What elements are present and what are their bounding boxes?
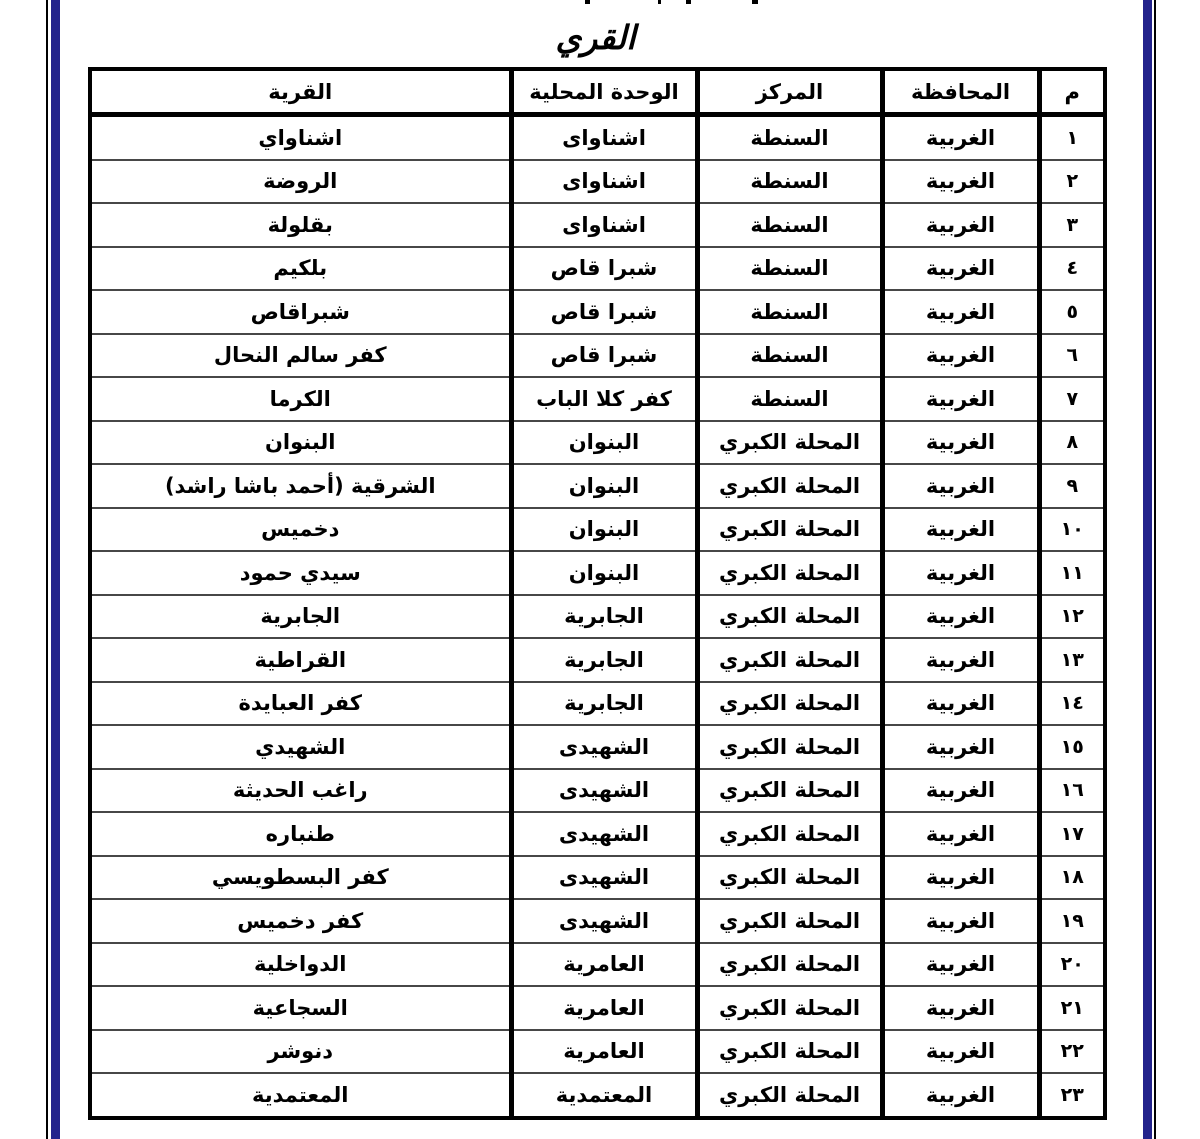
cell-village: كفر البسطويسي xyxy=(90,856,511,900)
cell-village: طنباره xyxy=(90,812,511,856)
cell-village: كفر دخميس xyxy=(90,899,511,943)
table-header-row: م المحافظة المركز الوحدة المحلية القرية xyxy=(90,69,1105,115)
cell-local-unit: كفر كلا الباب xyxy=(511,377,697,421)
cell-governorate: الغربية xyxy=(882,943,1039,987)
cell-governorate: الغربية xyxy=(882,551,1039,595)
cell-markaz: المحلة الكبري xyxy=(697,943,882,987)
cell-number: ١٠ xyxy=(1039,508,1105,552)
cell-number: ٩ xyxy=(1039,464,1105,508)
cell-village: الجابرية xyxy=(90,595,511,639)
cell-village: الشرقية (أحمد باشا راشد) xyxy=(90,464,511,508)
cell-local-unit: البنوان xyxy=(511,464,697,508)
cell-markaz: السنطة xyxy=(697,115,882,160)
cell-governorate: الغربية xyxy=(882,334,1039,378)
cell-number: ١٦ xyxy=(1039,769,1105,813)
table-row: ١٥ الغربية المحلة الكبري الشهيدى الشهيدي xyxy=(90,725,1105,769)
header-village: القرية xyxy=(90,69,511,115)
table-row: ١٠ الغربية المحلة الكبري البنوان دخميس xyxy=(90,508,1105,552)
cell-number: ٣ xyxy=(1039,203,1105,247)
cell-markaz: المحلة الكبري xyxy=(697,986,882,1030)
table-row: ١٩ الغربية المحلة الكبري الشهيدى كفر دخم… xyxy=(90,899,1105,943)
cell-number: ١٥ xyxy=(1039,725,1105,769)
cell-local-unit: شبرا قاص xyxy=(511,334,697,378)
cell-markaz: المحلة الكبري xyxy=(697,1030,882,1074)
cell-village: كفر سالم النحال xyxy=(90,334,511,378)
cell-markaz: المحلة الكبري xyxy=(697,508,882,552)
table-row: ٣ الغربية السنطة اشناواى بقلولة xyxy=(90,203,1105,247)
cell-markaz: المحلة الكبري xyxy=(697,769,882,813)
cell-local-unit: العامرية xyxy=(511,986,697,1030)
cell-number: ٢٢ xyxy=(1039,1030,1105,1074)
header-governorate: المحافظة xyxy=(882,69,1039,115)
table-row: ٢٣ الغربية المحلة الكبري المعتمدية المعت… xyxy=(90,1073,1105,1118)
cell-markaz: المحلة الكبري xyxy=(697,595,882,639)
cell-markaz: المحلة الكبري xyxy=(697,638,882,682)
cell-markaz: المحلة الكبري xyxy=(697,1073,882,1118)
table-row: ٩ الغربية المحلة الكبري البنوان الشرقية … xyxy=(90,464,1105,508)
page-border-right-band xyxy=(1143,0,1152,1139)
cell-governorate: الغربية xyxy=(882,986,1039,1030)
table-row: ٥ الغربية السنطة شبرا قاص شبراقاص xyxy=(90,290,1105,334)
cell-village: السجاعية xyxy=(90,986,511,1030)
cell-village: الشهيدي xyxy=(90,725,511,769)
cell-markaz: المحلة الكبري xyxy=(697,551,882,595)
cell-number: ١٢ xyxy=(1039,595,1105,639)
villages-table: م المحافظة المركز الوحدة المحلية القرية … xyxy=(88,67,1107,1120)
cell-governorate: الغربية xyxy=(882,638,1039,682)
table-row: ٢ الغربية السنطة اشناواى الروضة xyxy=(90,160,1105,204)
cell-village: القراطية xyxy=(90,638,511,682)
clipped-text-remnant xyxy=(585,0,590,4)
table-row: ١ الغربية السنطة اشناواى اشناواي xyxy=(90,115,1105,160)
table-row: ١٦ الغربية المحلة الكبري الشهيدى راغب ال… xyxy=(90,769,1105,813)
page-border-left-line xyxy=(46,0,48,1139)
header-local-unit: الوحدة المحلية xyxy=(511,69,697,115)
cell-governorate: الغربية xyxy=(882,160,1039,204)
cell-number: ١٩ xyxy=(1039,899,1105,943)
cell-number: ١٣ xyxy=(1039,638,1105,682)
cell-governorate: الغربية xyxy=(882,595,1039,639)
cell-markaz: السنطة xyxy=(697,334,882,378)
cell-local-unit: الشهيدى xyxy=(511,856,697,900)
cell-governorate: الغربية xyxy=(882,508,1039,552)
table-row: ١١ الغربية المحلة الكبري البنوان سيدي حم… xyxy=(90,551,1105,595)
table-row: ١٧ الغربية المحلة الكبري الشهيدى طنباره xyxy=(90,812,1105,856)
table-row: ١٢ الغربية المحلة الكبري الجابرية الجابر… xyxy=(90,595,1105,639)
cell-local-unit: الشهيدى xyxy=(511,812,697,856)
cell-markaz: المحلة الكبري xyxy=(697,812,882,856)
cell-number: ١ xyxy=(1039,115,1105,160)
cell-number: ٧ xyxy=(1039,377,1105,421)
clipped-text-remnant xyxy=(752,0,758,4)
table-row: ٢٢ الغربية المحلة الكبري العامرية دنوشر xyxy=(90,1030,1105,1074)
cell-markaz: المحلة الكبري xyxy=(697,856,882,900)
table-row: ٢٠ الغربية المحلة الكبري العامرية الدواخ… xyxy=(90,943,1105,987)
cell-local-unit: شبرا قاص xyxy=(511,290,697,334)
cell-village: الكرما xyxy=(90,377,511,421)
cell-local-unit: العامرية xyxy=(511,1030,697,1074)
cell-governorate: الغربية xyxy=(882,290,1039,334)
page-title: القري xyxy=(88,18,1103,57)
cell-governorate: الغربية xyxy=(882,1073,1039,1118)
cell-local-unit: المعتمدية xyxy=(511,1073,697,1118)
cell-number: ١١ xyxy=(1039,551,1105,595)
cell-local-unit: البنوان xyxy=(511,508,697,552)
cell-governorate: الغربية xyxy=(882,769,1039,813)
cell-markaz: المحلة الكبري xyxy=(697,682,882,726)
cell-governorate: الغربية xyxy=(882,377,1039,421)
cell-markaz: السنطة xyxy=(697,290,882,334)
cell-governorate: الغربية xyxy=(882,115,1039,160)
cell-local-unit: اشناواى xyxy=(511,160,697,204)
cell-governorate: الغربية xyxy=(882,464,1039,508)
table-row: ٧ الغربية السنطة كفر كلا الباب الكرما xyxy=(90,377,1105,421)
cell-number: ٦ xyxy=(1039,334,1105,378)
table-row: ٤ الغربية السنطة شبرا قاص بلكيم xyxy=(90,247,1105,291)
cell-number: ٢٠ xyxy=(1039,943,1105,987)
cell-local-unit: اشناواى xyxy=(511,203,697,247)
table-row: ١٣ الغربية المحلة الكبري الجابرية القراط… xyxy=(90,638,1105,682)
cell-village: شبراقاص xyxy=(90,290,511,334)
cell-village: سيدي حمود xyxy=(90,551,511,595)
header-number: م xyxy=(1039,69,1105,115)
cell-village: بلكيم xyxy=(90,247,511,291)
cell-local-unit: الشهيدى xyxy=(511,769,697,813)
cell-local-unit: الجابرية xyxy=(511,638,697,682)
cell-village: المعتمدية xyxy=(90,1073,511,1118)
cell-village: كفر العبايدة xyxy=(90,682,511,726)
cell-number: ٢١ xyxy=(1039,986,1105,1030)
cell-number: ٢ xyxy=(1039,160,1105,204)
cell-local-unit: شبرا قاص xyxy=(511,247,697,291)
cell-markaz: السنطة xyxy=(697,377,882,421)
cell-governorate: الغربية xyxy=(882,1030,1039,1074)
cell-village: دخميس xyxy=(90,508,511,552)
cell-governorate: الغربية xyxy=(882,725,1039,769)
cell-local-unit: اشناواى xyxy=(511,115,697,160)
table-row: ١٨ الغربية المحلة الكبري الشهيدى كفر الب… xyxy=(90,856,1105,900)
cell-markaz: السنطة xyxy=(697,160,882,204)
table-body: ١ الغربية السنطة اشناواى اشناواي ٢ الغرب… xyxy=(90,115,1105,1118)
document-page: القري م المحافظة المركز الوحدة المحلية ا… xyxy=(0,0,1200,1139)
cell-village: اشناواي xyxy=(90,115,511,160)
cell-number: ١٤ xyxy=(1039,682,1105,726)
cell-local-unit: البنوان xyxy=(511,551,697,595)
page-border-left-band xyxy=(51,0,60,1139)
cell-village: الروضة xyxy=(90,160,511,204)
cell-village: راغب الحديثة xyxy=(90,769,511,813)
cell-village: دنوشر xyxy=(90,1030,511,1074)
cell-governorate: الغربية xyxy=(882,421,1039,465)
cell-village: البنوان xyxy=(90,421,511,465)
cell-markaz: السنطة xyxy=(697,203,882,247)
cell-local-unit: الشهيدى xyxy=(511,899,697,943)
cell-governorate: الغربية xyxy=(882,203,1039,247)
header-markaz: المركز xyxy=(697,69,882,115)
table-row: ٢١ الغربية المحلة الكبري العامرية السجاع… xyxy=(90,986,1105,1030)
cell-local-unit: الجابرية xyxy=(511,595,697,639)
cell-markaz: المحلة الكبري xyxy=(697,421,882,465)
cell-markaz: المحلة الكبري xyxy=(697,899,882,943)
cell-governorate: الغربية xyxy=(882,812,1039,856)
table-row: ٨ الغربية المحلة الكبري البنوان البنوان xyxy=(90,421,1105,465)
cell-local-unit: الجابرية xyxy=(511,682,697,726)
cell-governorate: الغربية xyxy=(882,682,1039,726)
cell-number: ٥ xyxy=(1039,290,1105,334)
cell-markaz: السنطة xyxy=(697,247,882,291)
cell-governorate: الغربية xyxy=(882,247,1039,291)
page-border-right-line xyxy=(1154,0,1156,1139)
cell-village: الدواخلية xyxy=(90,943,511,987)
table-row: ٦ الغربية السنطة شبرا قاص كفر سالم النحا… xyxy=(90,334,1105,378)
cell-number: ٨ xyxy=(1039,421,1105,465)
clipped-text-remnant xyxy=(686,0,691,4)
cell-markaz: المحلة الكبري xyxy=(697,725,882,769)
cell-number: ٤ xyxy=(1039,247,1105,291)
cell-governorate: الغربية xyxy=(882,899,1039,943)
cell-local-unit: الشهيدى xyxy=(511,725,697,769)
cell-governorate: الغربية xyxy=(882,856,1039,900)
cell-local-unit: العامرية xyxy=(511,943,697,987)
cell-village: بقلولة xyxy=(90,203,511,247)
cell-markaz: المحلة الكبري xyxy=(697,464,882,508)
cell-number: ٢٣ xyxy=(1039,1073,1105,1118)
table-row: ١٤ الغربية المحلة الكبري الجابرية كفر ال… xyxy=(90,682,1105,726)
cell-number: ١٨ xyxy=(1039,856,1105,900)
clipped-text-remnant xyxy=(658,0,661,4)
cell-local-unit: البنوان xyxy=(511,421,697,465)
cell-number: ١٧ xyxy=(1039,812,1105,856)
